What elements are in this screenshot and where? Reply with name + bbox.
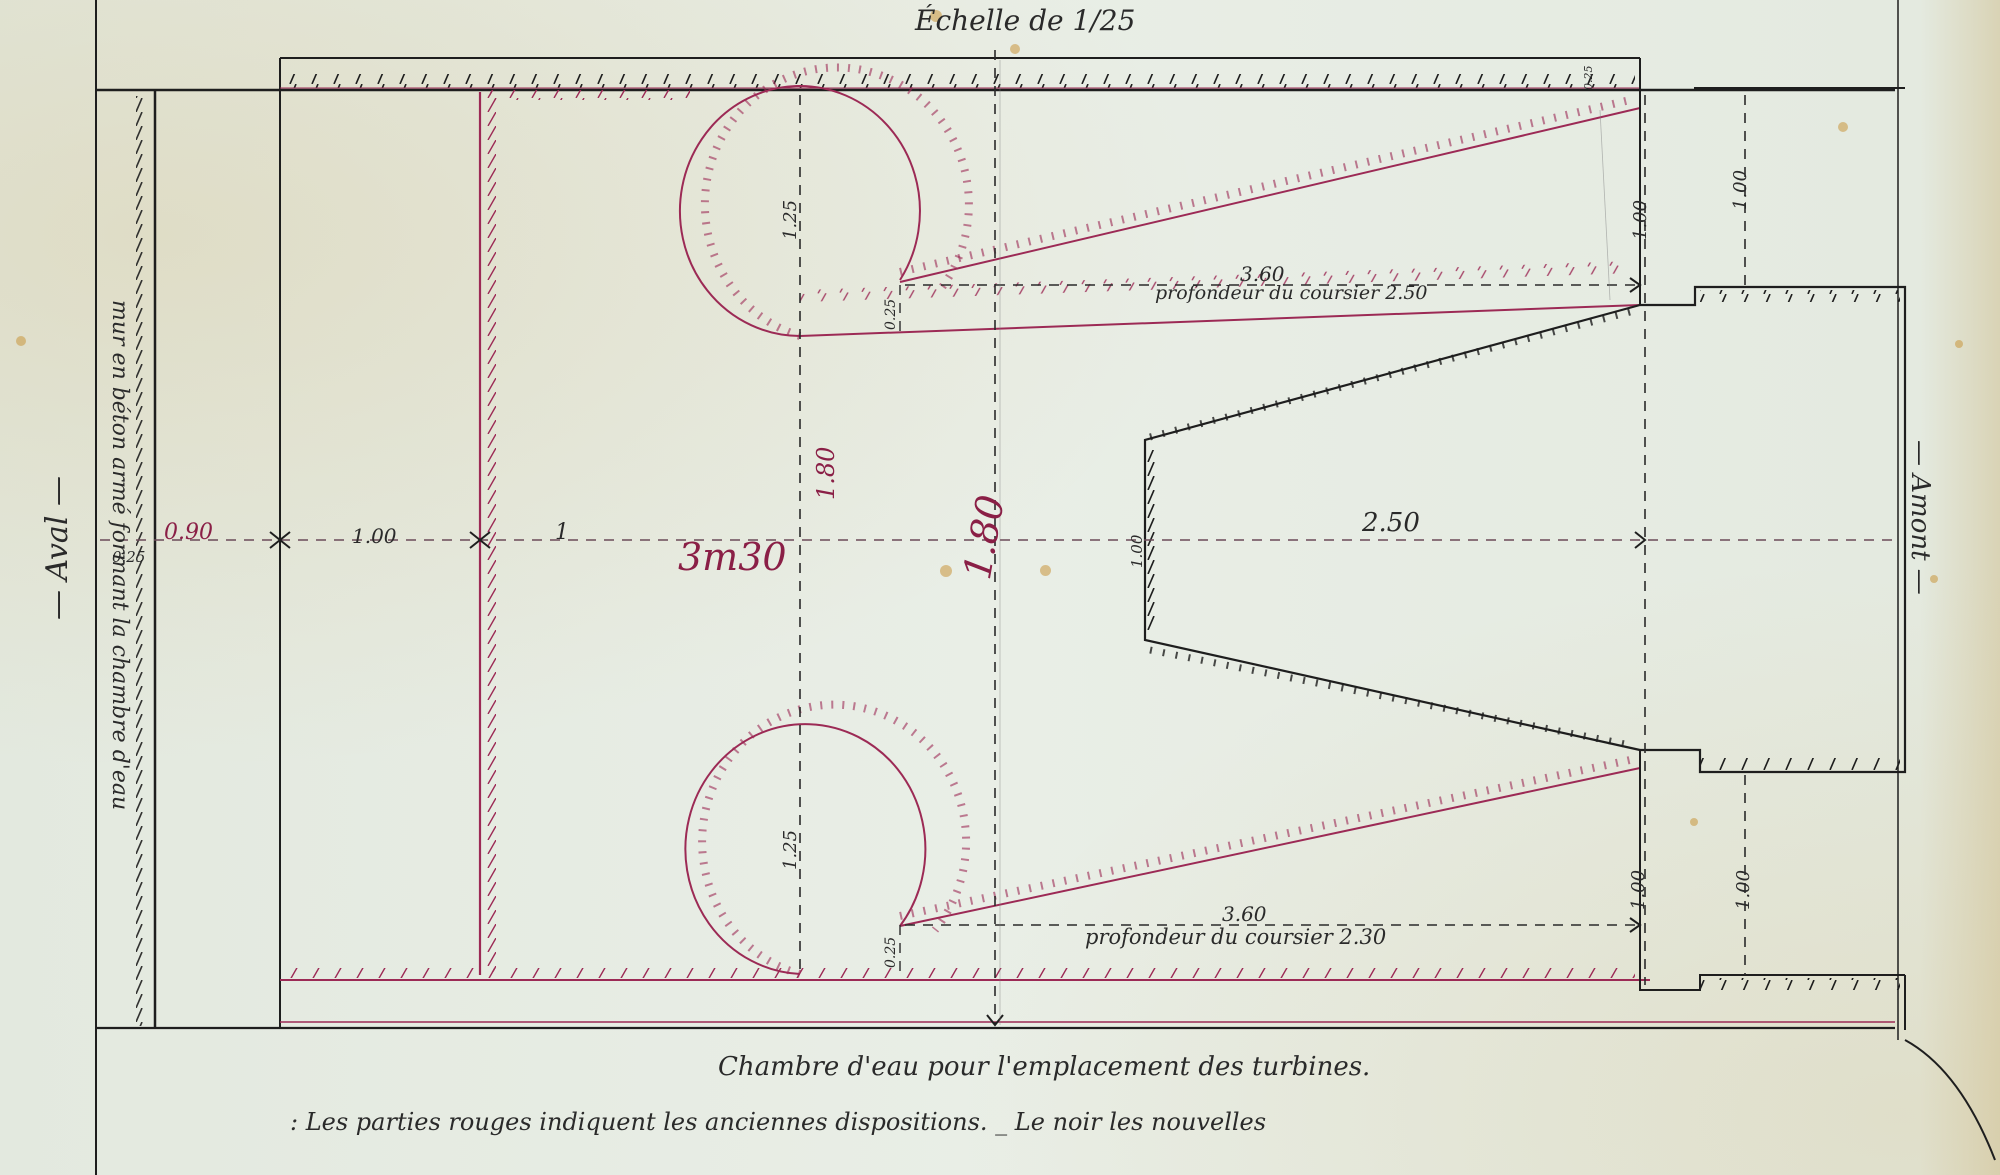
dim-wall-thickness: 0.25 [112,548,145,566]
dim-lower-outlet-right: 1.00 [1733,870,1754,910]
drawing-legend: : Les parties rouges indiquent les ancie… [290,1108,1266,1136]
dim-lower-outlet: 1.00 [1628,870,1649,910]
drawing-sheet: Échelle de 1/25 — Aval — — Amont — mur e… [0,0,2000,1175]
dim-upper-outlet: 1.00 [1630,200,1651,240]
lower-flume-length: 3.60 [1222,902,1267,926]
dim-upper-outlet-right: 1.00 [1730,170,1751,210]
scale-label: Échelle de 1/25 [915,4,1135,37]
lower-flume-depth-text: profondeur du coursier 2.30 [1085,925,1386,949]
drawing-title: Chambre d'eau pour l'emplacement des tur… [718,1052,1370,1082]
dim-upper-circle: 1.25 [780,200,801,240]
dim-third-gap: 1 [555,520,569,545]
upper-flume-depth: profondeur du coursier 2.50 [1155,282,1428,304]
lower-flume-depth: profondeur du coursier 2.30 [1085,925,1386,949]
dim-lower-throat: 0.25 [883,937,899,968]
dim-second-gap: 1.00 [352,524,397,548]
new-chamber [1145,58,1995,1160]
dim-total-width: 3m30 [678,535,787,579]
left-side-label: — Aval — [40,476,75,620]
dim-center-height-left: 1.80 [812,447,840,500]
dim-left-gap: 0.90 [164,520,213,545]
dim-upper-throat: 0.25 [883,299,899,330]
dim-central-opening: 1.00 [1128,535,1146,568]
upper-flume-depth-text: profondeur du coursier 2.50 [1155,282,1428,304]
dim-lower-circle: 1.25 [780,830,801,870]
dim-top-offset: 0.25 [1582,66,1595,91]
plan-drawing [0,0,2000,1175]
dim-right-chamber: 2.50 [1362,508,1420,538]
right-side-label: — Amont — [1905,440,1935,595]
